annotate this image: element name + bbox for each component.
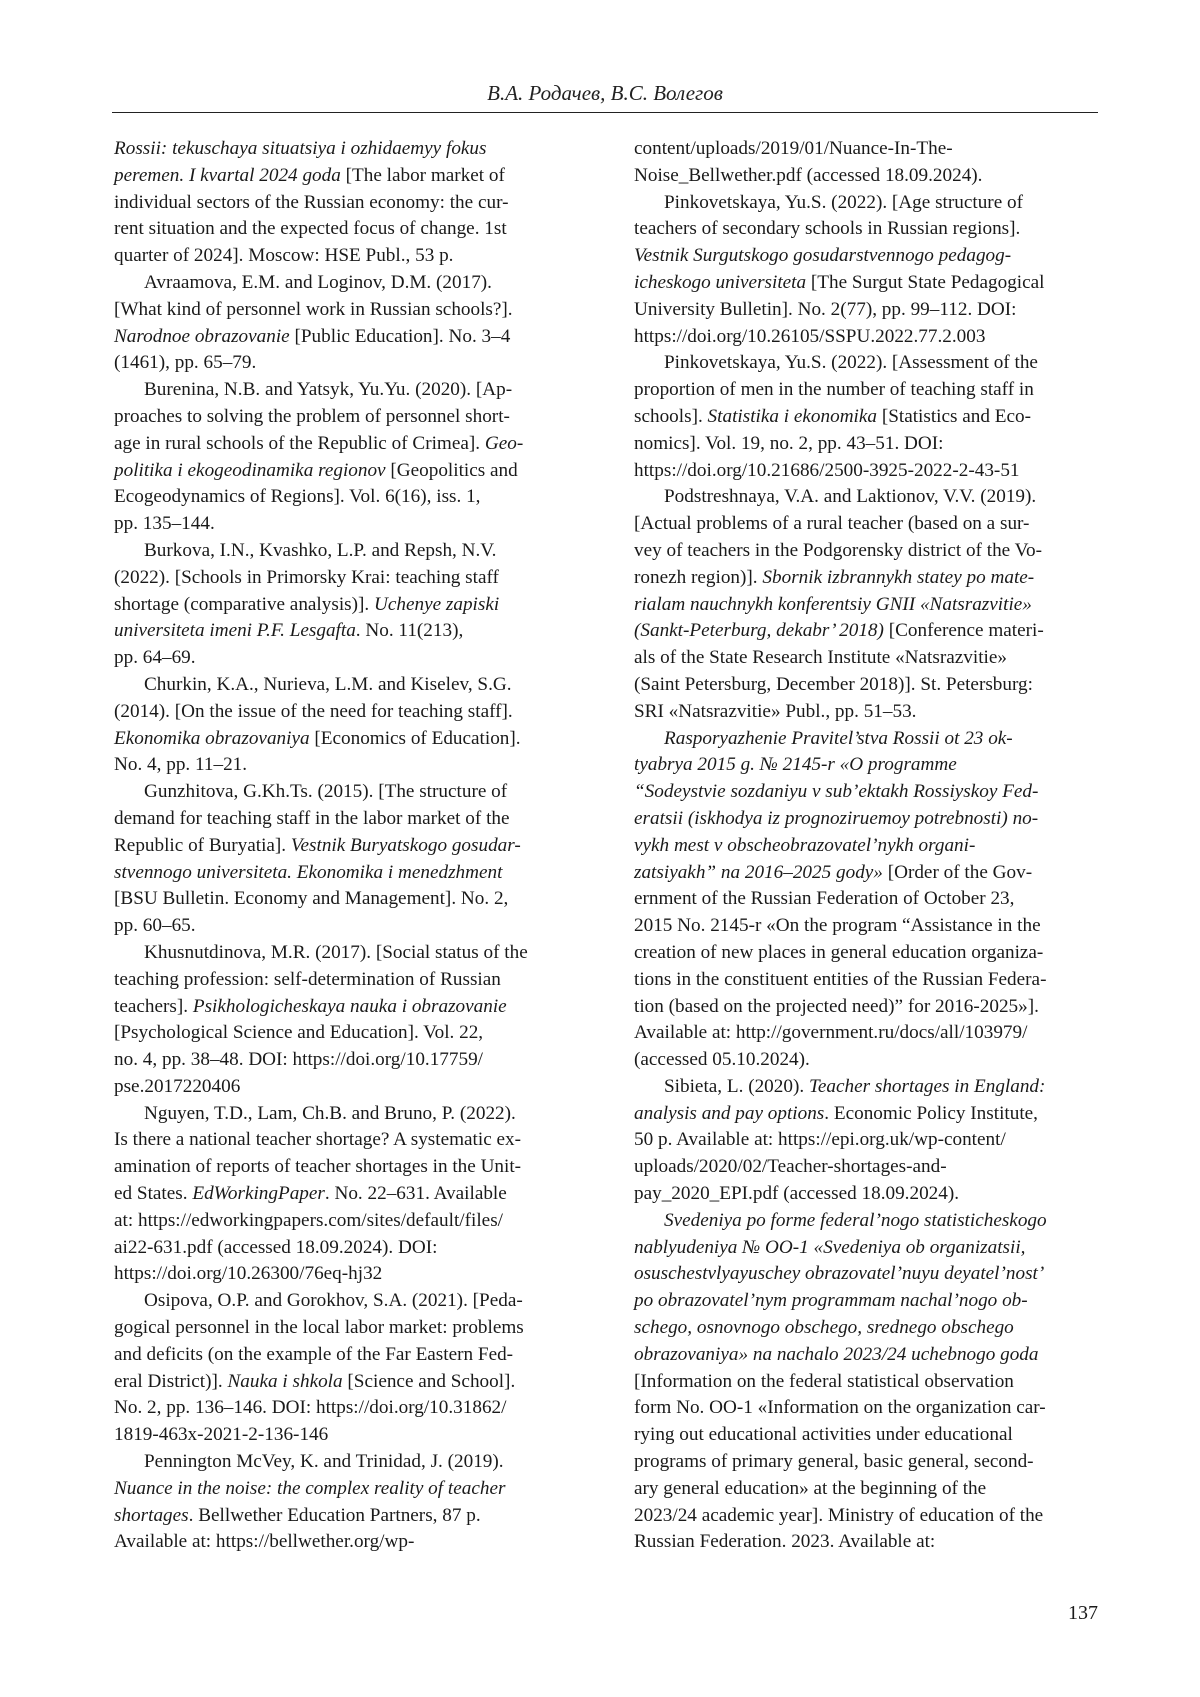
- reference-line: SRI «Natsrazvitie» Publ., pp. 51–53.: [634, 699, 1104, 726]
- reference-text: https://doi.org/10.26300/76eq-hj32: [114, 1263, 382, 1284]
- reference-line: pp. 60–65.: [114, 913, 584, 940]
- italic-title-text: EdWorkingPaper: [192, 1183, 325, 1204]
- reference-entry: Khusnutdinova, M.R. (2017). [Social stat…: [114, 940, 584, 1101]
- reference-line: University Bulletin]. No. 2(77), pp. 99–…: [634, 297, 1104, 324]
- reference-line: and deficits (on the example of the Far …: [114, 1342, 584, 1369]
- reference-text: ronezh region)].: [634, 567, 762, 588]
- reference-line: (1461), pp. 65–79.: [114, 350, 584, 377]
- reference-text: [Statistics and Eco-: [877, 406, 1031, 427]
- italic-title-text: analysis and pay options: [634, 1103, 824, 1124]
- reference-line: eratsii (iskhodya iz prognoziruemoy potr…: [634, 806, 1104, 833]
- references-column-left: Rossii: tekuschaya situatsiya i ozhidaem…: [114, 136, 584, 1556]
- reference-text: [What kind of personnel work in Russian …: [114, 299, 513, 320]
- reference-line: Ekonomika obrazovaniya [Economics of Edu…: [114, 726, 584, 753]
- italic-title-text: osuschestvlyayuschey obrazovatel’nuyu de…: [634, 1263, 1044, 1284]
- reference-line: Russian Federation. 2023. Available at:: [634, 1529, 1104, 1556]
- reference-line: quarter of 2024]. Moscow: HSE Publ., 53 …: [114, 243, 584, 270]
- reference-line: (Sankt-Peterburg, dekabr’ 2018) [Confere…: [634, 618, 1104, 645]
- reference-text: No. 2, pp. 136–146. DOI: https://doi.org…: [114, 1397, 506, 1418]
- reference-text: quarter of 2024]. Moscow: HSE Publ., 53 …: [114, 245, 453, 266]
- reference-line: Avraamova, E.M. and Loginov, D.M. (2017)…: [114, 270, 584, 297]
- reference-text: amination of reports of teacher shortage…: [114, 1156, 521, 1177]
- reference-entry: Avraamova, E.M. and Loginov, D.M. (2017)…: [114, 270, 584, 377]
- reference-text: form No. OO-1 «Information on the organi…: [634, 1397, 1046, 1418]
- italic-title-text: rialam nauchnykh konferentsiy GNII «Nats…: [634, 594, 1032, 615]
- reference-text: demand for teaching staff in the labor m…: [114, 808, 510, 829]
- reference-text: Khusnutdinova, M.R. (2017). [Social stat…: [144, 942, 528, 963]
- reference-entry: Pinkovetskaya, Yu.S. (2022). [Assessment…: [634, 350, 1104, 484]
- reference-line: Churkin, K.A., Nurieva, L.M. and Kiselev…: [114, 672, 584, 699]
- page-number: 137: [1040, 1600, 1098, 1626]
- reference-line: content/uploads/2019/01/Nuance-In-The-: [634, 136, 1104, 163]
- reference-text: ary general education» at the beginning …: [634, 1478, 986, 1499]
- reference-text: at: https://edworkingpapers.com/sites/de…: [114, 1210, 503, 1231]
- reference-text: Churkin, K.A., Nurieva, L.M. and Kiselev…: [144, 674, 512, 695]
- italic-title-text: Uchenye zapiski: [374, 594, 499, 615]
- reference-line: icheskogo universiteta [The Surgut State…: [634, 270, 1104, 297]
- reference-text: rent situation and the expected focus of…: [114, 218, 507, 239]
- italic-title-text: Vestnik Surgutskogo gosudarstvennogo ped…: [634, 245, 1011, 266]
- header-rule: [112, 112, 1098, 113]
- reference-line: nablyudeniya № OO-1 «Svedeniya ob organi…: [634, 1235, 1104, 1262]
- reference-line: peremen. I kvartal 2024 goda [The labor …: [114, 163, 584, 190]
- reference-line: 1819-463x-2021-2-136-146: [114, 1422, 584, 1449]
- reference-line: pp. 135–144.: [114, 511, 584, 538]
- italic-title-text: Sbornik izbrannykh statey po mate-: [762, 567, 1034, 588]
- italic-title-text: Nauka i shkola: [227, 1371, 342, 1392]
- reference-line: po obrazovatel’nym programmam nachal’nog…: [634, 1288, 1104, 1315]
- reference-line: rialam nauchnykh konferentsiy GNII «Nats…: [634, 592, 1104, 619]
- reference-line: (accessed 05.10.2024).: [634, 1047, 1104, 1074]
- reference-text: Pennington McVey, K. and Trinidad, J. (2…: [144, 1451, 504, 1472]
- reference-line: tion (based on the projected need)” for …: [634, 994, 1104, 1021]
- reference-line: Rasporyazhenie Pravitel’stva Rossii ot 2…: [634, 726, 1104, 753]
- italic-title-text: po obrazovatel’nym programmam nachal’nog…: [634, 1290, 1028, 1311]
- reference-text: pp. 135–144.: [114, 513, 215, 534]
- reference-line: Osipova, O.P. and Gorokhov, S.A. (2021).…: [114, 1288, 584, 1315]
- reference-line: https://doi.org/10.26105/SSPU.2022.77.2.…: [634, 324, 1104, 351]
- reference-line: shortage (comparative analysis)]. Ucheny…: [114, 592, 584, 619]
- reference-text: ernment of the Russian Federation of Oct…: [634, 888, 1014, 909]
- reference-entry: Nguyen, T.D., Lam, Ch.B. and Bruno, P. (…: [114, 1101, 584, 1289]
- reference-line: [BSU Bulletin. Economy and Management]. …: [114, 886, 584, 913]
- reference-line: [What kind of personnel work in Russian …: [114, 297, 584, 324]
- reference-line: obrazovaniya» na nachalo 2023/24 uchebno…: [634, 1342, 1104, 1369]
- reference-text: https://doi.org/10.21686/2500-3925-2022-…: [634, 460, 1020, 481]
- reference-line: Ecogeodynamics of Regions]. Vol. 6(16), …: [114, 484, 584, 511]
- reference-line: eral District)]. Nauka i shkola [Science…: [114, 1369, 584, 1396]
- reference-line: Khusnutdinova, M.R. (2017). [Social stat…: [114, 940, 584, 967]
- reference-line: at: https://edworkingpapers.com/sites/de…: [114, 1208, 584, 1235]
- italic-title-text: Rossii: tekuschaya situatsiya i ozhidaem…: [114, 138, 487, 159]
- reference-line: analysis and pay options. Economic Polic…: [634, 1101, 1104, 1128]
- reference-line: schego, osnovnogo obschego, srednego obs…: [634, 1315, 1104, 1342]
- italic-title-text: zatsiyakh” na 2016–2025 gody»: [634, 862, 883, 883]
- italic-title-text: Psikhologicheskaya nauka i obrazovanie: [193, 996, 507, 1017]
- italic-title-text: obrazovaniya» na nachalo 2023/24 uchebno…: [634, 1344, 1039, 1365]
- reference-text: Is there a national teacher shortage? A …: [114, 1129, 521, 1150]
- reference-line: (Saint Petersburg, December 2018)]. St. …: [634, 672, 1104, 699]
- italic-title-text: shortages: [114, 1505, 189, 1526]
- reference-text: Available at: http://government.ru/docs/…: [634, 1022, 1027, 1043]
- reference-text: (1461), pp. 65–79.: [114, 352, 256, 373]
- reference-text: [Information on the federal statistical …: [634, 1371, 1014, 1392]
- reference-line: tyabrya 2015 g. № 2145-r «O programme: [634, 752, 1104, 779]
- reference-text: Burkova, I.N., Kvashko, L.P. and Repsh, …: [144, 540, 496, 561]
- reference-text: Sibieta, L. (2020).: [664, 1076, 809, 1097]
- reference-text: creation of new places in general educat…: [634, 942, 1043, 963]
- italic-title-text: vykh mest v obscheobrazovatel’nykh organ…: [634, 835, 975, 856]
- reference-text: Osipova, O.P. and Gorokhov, S.A. (2021).…: [144, 1290, 523, 1311]
- reference-line: zatsiyakh” na 2016–2025 gody» [Order of …: [634, 860, 1104, 887]
- reference-text: pp. 64–69.: [114, 647, 196, 668]
- reference-text: shortage (comparative analysis)].: [114, 594, 374, 615]
- reference-line: Available at: http://government.ru/docs/…: [634, 1020, 1104, 1047]
- reference-line: Available at: https://bellwether.org/wp-: [114, 1529, 584, 1556]
- reference-line: teachers]. Psikhologicheskaya nauka i ob…: [114, 994, 584, 1021]
- reference-line: Nuance in the noise: the complex reality…: [114, 1476, 584, 1503]
- italic-title-text: politika i ekogeodinamika regionov: [114, 460, 386, 481]
- reference-text: Available at: https://bellwether.org/wp-: [114, 1531, 414, 1552]
- italic-title-text: nablyudeniya № OO-1 «Svedeniya ob organi…: [634, 1237, 1025, 1258]
- reference-text: (2022). [Schools in Primorsky Krai: teac…: [114, 567, 499, 588]
- reference-text: 50 p. Available at: https://epi.org.uk/w…: [634, 1129, 1006, 1150]
- reference-line: pay_2020_EPI.pdf (accessed 18.09.2024).: [634, 1181, 1104, 1208]
- italic-title-text: Rasporyazhenie Pravitel’stva Rossii ot 2…: [664, 728, 1013, 749]
- italic-title-text: universiteta imeni P.F. Lesgafta: [114, 620, 356, 641]
- reference-text: pay_2020_EPI.pdf (accessed 18.09.2024).: [634, 1183, 959, 1204]
- reference-text: (Saint Petersburg, December 2018)]. St. …: [634, 674, 1033, 695]
- reference-text: No. 4, pp. 11–21.: [114, 754, 247, 775]
- reference-line: form No. OO-1 «Information on the organi…: [634, 1395, 1104, 1422]
- reference-entry: Rasporyazhenie Pravitel’stva Rossii ot 2…: [634, 726, 1104, 1074]
- reference-text: [Economics of Education].: [310, 728, 521, 749]
- reference-line: ai22-631.pdf (accessed 18.09.2024). DOI:: [114, 1235, 584, 1262]
- italic-title-text: Statistika i ekonomika: [708, 406, 877, 427]
- reference-text: [Psychological Science and Education]. V…: [114, 1022, 483, 1043]
- reference-text: uploads/2020/02/Teacher-shortages-and-: [634, 1156, 947, 1177]
- reference-text: teachers of secondary schools in Russian…: [634, 218, 1020, 239]
- reference-text: vey of teachers in the Podgorensky distr…: [634, 540, 1042, 561]
- reference-text: content/uploads/2019/01/Nuance-In-The-: [634, 138, 953, 159]
- reference-text: Gunzhitova, G.Kh.Ts. (2015). [The struct…: [144, 781, 507, 802]
- reference-line: amination of reports of teacher shortage…: [114, 1154, 584, 1181]
- reference-text: gogical personnel in the local labor mar…: [114, 1317, 524, 1338]
- reference-text: nomics]. Vol. 19, no. 2, pp. 43–51. DOI:: [634, 433, 944, 454]
- italic-title-text: “Sodeystvie sozdaniyu v sub’ektakh Rossi…: [634, 781, 1038, 802]
- reference-line: 2015 No. 2145-r «On the program “Assista…: [634, 913, 1104, 940]
- reference-text: 2015 No. 2145-r «On the program “Assista…: [634, 915, 1041, 936]
- reference-text: proportion of men in the number of teach…: [634, 379, 1034, 400]
- reference-line: https://doi.org/10.26300/76eq-hj32: [114, 1261, 584, 1288]
- reference-line: Pennington McVey, K. and Trinidad, J. (2…: [114, 1449, 584, 1476]
- reference-line: pse.2017220406: [114, 1074, 584, 1101]
- reference-entry: Burenina, N.B. and Yatsyk, Yu.Yu. (2020)…: [114, 377, 584, 538]
- reference-text: ed States.: [114, 1183, 192, 1204]
- references-column-right: content/uploads/2019/01/Nuance-In-The-No…: [634, 136, 1104, 1556]
- reference-text: (accessed 05.10.2024).: [634, 1049, 810, 1070]
- italic-title-text: (Sankt-Peterburg, dekabr’ 2018): [634, 620, 884, 641]
- reference-line: ernment of the Russian Federation of Oct…: [634, 886, 1104, 913]
- reference-line: ary general education» at the beginning …: [634, 1476, 1104, 1503]
- reference-line: age in rural schools of the Republic of …: [114, 431, 584, 458]
- italic-title-text: Svedeniya po forme federal’nogo statisti…: [664, 1210, 1047, 1231]
- reference-line: “Sodeystvie sozdaniyu v sub’ektakh Rossi…: [634, 779, 1104, 806]
- reference-text: Russian Federation. 2023. Available at:: [634, 1531, 935, 1552]
- reference-text: programs of primary general, basic gener…: [634, 1451, 1034, 1472]
- reference-line: Svedeniya po forme federal’nogo statisti…: [634, 1208, 1104, 1235]
- italic-title-text: eratsii (iskhodya iz prognoziruemoy potr…: [634, 808, 1038, 829]
- reference-text: pp. 60–65.: [114, 915, 196, 936]
- reference-line: no. 4, pp. 38–48. DOI: https://doi.org/1…: [114, 1047, 584, 1074]
- reference-line: rent situation and the expected focus of…: [114, 216, 584, 243]
- reference-text: als of the State Research Institute «Nat…: [634, 647, 1007, 668]
- italic-title-text: schego, osnovnogo obschego, srednego obs…: [634, 1317, 1014, 1338]
- reference-line: proportion of men in the number of teach…: [634, 377, 1104, 404]
- reference-line: Vestnik Surgutskogo gosudarstvennogo ped…: [634, 243, 1104, 270]
- reference-text: rying out educational activities under e…: [634, 1424, 1013, 1445]
- reference-text: (2014). [On the issue of the need for te…: [114, 701, 513, 722]
- italic-title-text: Nuance in the noise: the complex reality…: [114, 1478, 505, 1499]
- reference-line: No. 4, pp. 11–21.: [114, 752, 584, 779]
- reference-text: SRI «Natsrazvitie» Publ., pp. 51–53.: [634, 701, 916, 722]
- reference-line: schools]. Statistika i ekonomika [Statis…: [634, 404, 1104, 431]
- italic-title-text: Ekonomika obrazovaniya: [114, 728, 310, 749]
- reference-entry: Podstreshnaya, V.A. and Laktionov, V.V. …: [634, 484, 1104, 725]
- reference-line: Sibieta, L. (2020). Teacher shortages in…: [634, 1074, 1104, 1101]
- reference-text: [The Surgut State Pedagogical: [806, 272, 1044, 293]
- reference-text: [The labor market of: [341, 165, 505, 186]
- italic-title-text: stvennogo universiteta. Ekonomika i mene…: [114, 862, 502, 883]
- reference-line: vykh mest v obscheobrazovatel’nykh organ…: [634, 833, 1104, 860]
- reference-text: [Actual problems of a rural teacher (bas…: [634, 513, 1029, 534]
- reference-line: Nguyen, T.D., Lam, Ch.B. and Bruno, P. (…: [114, 1101, 584, 1128]
- reference-entry: Pinkovetskaya, Yu.S. (2022). [Age struct…: [634, 190, 1104, 351]
- reference-text: eral District)].: [114, 1371, 227, 1392]
- reference-entry-continued: Rossii: tekuschaya situatsiya i ozhidaem…: [114, 136, 584, 270]
- reference-text: and deficits (on the example of the Far …: [114, 1344, 513, 1365]
- reference-line: Republic of Buryatia]. Vestnik Buryatsko…: [114, 833, 584, 860]
- reference-line: Noise_Bellwether.pdf (accessed 18.09.202…: [634, 163, 1104, 190]
- reference-line: 50 p. Available at: https://epi.org.uk/w…: [634, 1127, 1104, 1154]
- reference-text: Noise_Bellwether.pdf (accessed 18.09.202…: [634, 165, 982, 186]
- reference-entry-continued: content/uploads/2019/01/Nuance-In-The-No…: [634, 136, 1104, 190]
- reference-text: . No. 11(213),: [356, 620, 463, 641]
- reference-text: [BSU Bulletin. Economy and Management]. …: [114, 888, 508, 909]
- reference-line: gogical personnel in the local labor mar…: [114, 1315, 584, 1342]
- reference-line: Burkova, I.N., Kvashko, L.P. and Repsh, …: [114, 538, 584, 565]
- reference-line: Burenina, N.B. and Yatsyk, Yu.Yu. (2020)…: [114, 377, 584, 404]
- reference-line: Podstreshnaya, V.A. and Laktionov, V.V. …: [634, 484, 1104, 511]
- reference-line: universiteta imeni P.F. Lesgafta. No. 11…: [114, 618, 584, 645]
- reference-text: . Bellwether Education Partners, 87 p.: [189, 1505, 481, 1526]
- reference-line: nomics]. Vol. 19, no. 2, pp. 43–51. DOI:: [634, 431, 1104, 458]
- reference-line: creation of new places in general educat…: [634, 940, 1104, 967]
- reference-line: (2022). [Schools in Primorsky Krai: teac…: [114, 565, 584, 592]
- reference-line: ronezh region)]. Sbornik izbrannykh stat…: [634, 565, 1104, 592]
- reference-line: teaching profession: self-determination …: [114, 967, 584, 994]
- reference-text: tion (based on the projected need)” for …: [634, 996, 1039, 1017]
- reference-line: stvennogo universiteta. Ekonomika i mene…: [114, 860, 584, 887]
- reference-entry: Svedeniya po forme federal’nogo statisti…: [634, 1208, 1104, 1556]
- italic-title-text: tyabrya 2015 g. № 2145-r «O programme: [634, 754, 957, 775]
- reference-line: politika i ekogeodinamika regionov [Geop…: [114, 458, 584, 485]
- reference-text: teachers].: [114, 996, 193, 1017]
- reference-line: uploads/2020/02/Teacher-shortages-and-: [634, 1154, 1104, 1181]
- reference-line: Narodnoe obrazovanie [Public Education].…: [114, 324, 584, 351]
- reference-text: [Conference materi-: [884, 620, 1044, 641]
- reference-text: Podstreshnaya, V.A. and Laktionov, V.V. …: [664, 486, 1036, 507]
- reference-text: Pinkovetskaya, Yu.S. (2022). [Age struct…: [664, 192, 1023, 213]
- reference-text: no. 4, pp. 38–48. DOI: https://doi.org/1…: [114, 1049, 483, 1070]
- italic-title-text: Geo-: [485, 433, 523, 454]
- reference-line: Pinkovetskaya, Yu.S. (2022). [Age struct…: [634, 190, 1104, 217]
- reference-text: . Economic Policy Institute,: [824, 1103, 1038, 1124]
- reference-text: Burenina, N.B. and Yatsyk, Yu.Yu. (2020)…: [144, 379, 512, 400]
- reference-text: 2023/24 academic year]. Ministry of educ…: [634, 1505, 1043, 1526]
- reference-line: Is there a national teacher shortage? A …: [114, 1127, 584, 1154]
- reference-line: (2014). [On the issue of the need for te…: [114, 699, 584, 726]
- reference-line: https://doi.org/10.21686/2500-3925-2022-…: [634, 458, 1104, 485]
- reference-text: Avraamova, E.M. and Loginov, D.M. (2017)…: [144, 272, 492, 293]
- reference-line: No. 2, pp. 136–146. DOI: https://doi.org…: [114, 1395, 584, 1422]
- reference-line: Pinkovetskaya, Yu.S. (2022). [Assessment…: [634, 350, 1104, 377]
- reference-text: proaches to solving the problem of perso…: [114, 406, 510, 427]
- italic-title-text: Teacher shortages in England:: [809, 1076, 1045, 1097]
- reference-line: 2023/24 academic year]. Ministry of educ…: [634, 1503, 1104, 1530]
- reference-text: [Order of the Gov-: [883, 862, 1032, 883]
- reference-entry: Churkin, K.A., Nurieva, L.M. and Kiselev…: [114, 672, 584, 779]
- reference-text: age in rural schools of the Republic of …: [114, 433, 485, 454]
- italic-title-text: icheskogo universiteta: [634, 272, 806, 293]
- reference-line: vey of teachers in the Podgorensky distr…: [634, 538, 1104, 565]
- reference-line: tions in the constituent entities of the…: [634, 967, 1104, 994]
- reference-line: shortages. Bellwether Education Partners…: [114, 1503, 584, 1530]
- reference-text: University Bulletin]. No. 2(77), pp. 99–…: [634, 299, 1016, 320]
- reference-line: osuschestvlyayuschey obrazovatel’nuyu de…: [634, 1261, 1104, 1288]
- reference-text: pse.2017220406: [114, 1076, 240, 1097]
- reference-line: demand for teaching staff in the labor m…: [114, 806, 584, 833]
- reference-text: ai22-631.pdf (accessed 18.09.2024). DOI:: [114, 1237, 437, 1258]
- reference-line: als of the State Research Institute «Nat…: [634, 645, 1104, 672]
- italic-title-text: Vestnik Buryatskogo gosudar-: [291, 835, 521, 856]
- reference-line: Rossii: tekuschaya situatsiya i ozhidaem…: [114, 136, 584, 163]
- reference-line: [Actual problems of a rural teacher (bas…: [634, 511, 1104, 538]
- reference-entry: Osipova, O.P. and Gorokhov, S.A. (2021).…: [114, 1288, 584, 1449]
- reference-text: teaching profession: self-determination …: [114, 969, 501, 990]
- reference-line: rying out educational activities under e…: [634, 1422, 1104, 1449]
- reference-line: teachers of secondary schools in Russian…: [634, 216, 1104, 243]
- reference-text: [Public Education]. No. 3–4: [290, 326, 511, 347]
- reference-text: https://doi.org/10.26105/SSPU.2022.77.2.…: [634, 326, 985, 347]
- italic-title-text: peremen. I kvartal 2024 goda: [114, 165, 341, 186]
- reference-line: ed States. EdWorkingPaper. No. 22–631. A…: [114, 1181, 584, 1208]
- reference-line: [Psychological Science and Education]. V…: [114, 1020, 584, 1047]
- reference-text: Nguyen, T.D., Lam, Ch.B. and Bruno, P. (…: [144, 1103, 516, 1124]
- reference-line: Gunzhitova, G.Kh.Ts. (2015). [The struct…: [114, 779, 584, 806]
- reference-text: Ecogeodynamics of Regions]. Vol. 6(16), …: [114, 486, 480, 507]
- reference-text: . No. 22–631. Available: [325, 1183, 507, 1204]
- reference-text: 1819-463x-2021-2-136-146: [114, 1424, 328, 1445]
- reference-line: pp. 64–69.: [114, 645, 584, 672]
- reference-line: [Information on the federal statistical …: [634, 1369, 1104, 1396]
- italic-title-text: Narodnoe obrazovanie: [114, 326, 290, 347]
- reference-entry: Pennington McVey, K. and Trinidad, J. (2…: [114, 1449, 584, 1556]
- reference-entry: Sibieta, L. (2020). Teacher shortages in…: [634, 1074, 1104, 1208]
- reference-text: tions in the constituent entities of the…: [634, 969, 1046, 990]
- reference-text: [Science and School].: [343, 1371, 516, 1392]
- reference-line: programs of primary general, basic gener…: [634, 1449, 1104, 1476]
- running-head: В.А. Родачев, В.С. Волегов: [112, 80, 1098, 106]
- reference-text: [Geopolitics and: [386, 460, 518, 481]
- reference-text: Pinkovetskaya, Yu.S. (2022). [Assessment…: [664, 352, 1038, 373]
- reference-text: Republic of Buryatia].: [114, 835, 291, 856]
- reference-line: proaches to solving the problem of perso…: [114, 404, 584, 431]
- reference-text: schools].: [634, 406, 708, 427]
- reference-entry: Gunzhitova, G.Kh.Ts. (2015). [The struct…: [114, 779, 584, 940]
- reference-text: individual sectors of the Russian econom…: [114, 192, 508, 213]
- reference-entry: Burkova, I.N., Kvashko, L.P. and Repsh, …: [114, 538, 584, 672]
- reference-line: individual sectors of the Russian econom…: [114, 190, 584, 217]
